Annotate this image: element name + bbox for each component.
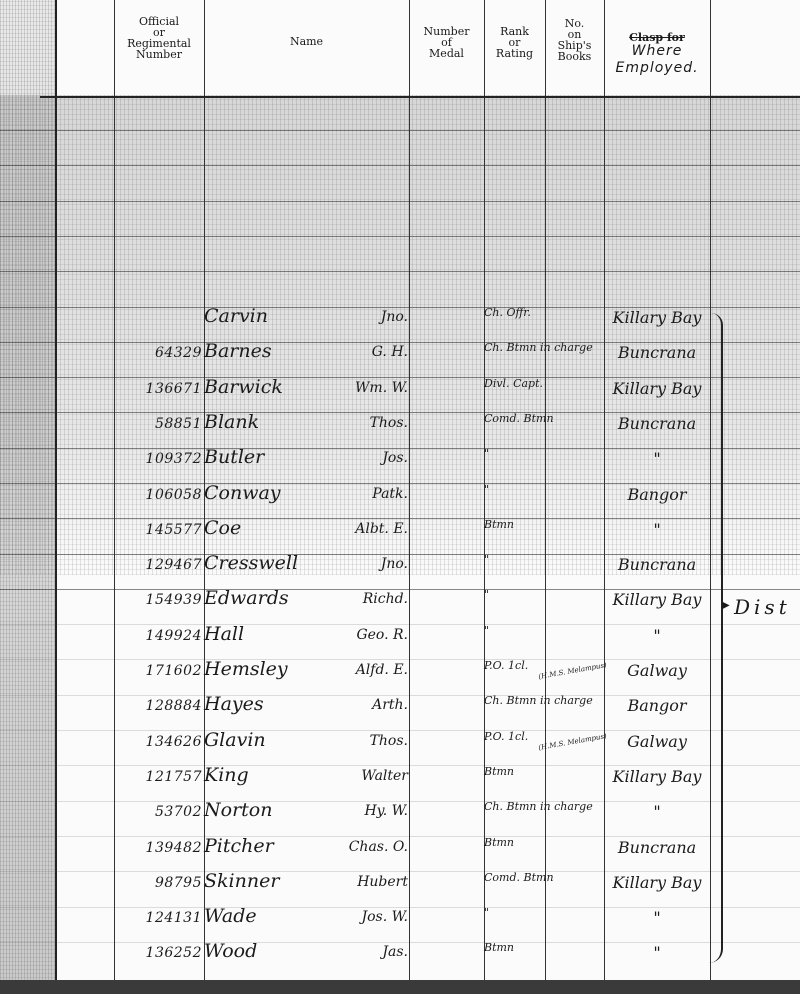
cell-rank: Ch. Offr. bbox=[484, 307, 546, 319]
header-line: Rating bbox=[484, 48, 545, 59]
table-row: 139482PitcherChas. O.BtmnBuncrana bbox=[0, 830, 800, 866]
ruled-line bbox=[0, 165, 800, 166]
cell-surname: Conway bbox=[204, 482, 281, 504]
cell-number: 121757 bbox=[104, 769, 202, 785]
cell-where: Killary Bay bbox=[602, 308, 712, 327]
cell-where: Buncrana bbox=[602, 555, 712, 574]
cell-where: Galway bbox=[602, 661, 712, 680]
cell-where: " bbox=[602, 802, 712, 821]
header-rule bbox=[40, 96, 800, 98]
cell-where: Killary Bay bbox=[602, 590, 712, 609]
table-row: 134626GlavinThos.P.O. 1cl.Galway(H.M.S. … bbox=[0, 724, 800, 760]
header-where: Clasp forWhereEmployed. bbox=[604, 32, 710, 77]
cell-surname: Hall bbox=[204, 623, 244, 645]
cell-rank: " bbox=[484, 625, 546, 637]
cell-number: 129467 bbox=[104, 557, 202, 573]
cell-given: Albt. E. bbox=[318, 521, 408, 537]
cell-rank: P.O. 1cl. bbox=[484, 731, 546, 743]
cell-where: Killary Bay bbox=[602, 767, 712, 786]
cell-given: Jno. bbox=[318, 309, 408, 325]
cell-surname: King bbox=[204, 764, 249, 786]
table-row: 58851BlankThos.Comd. BtmnBuncrana bbox=[0, 406, 800, 442]
table-row: 154939EdwardsRichd."Killary Bay bbox=[0, 582, 800, 618]
cell-surname: Barwick bbox=[204, 376, 283, 398]
cell-rank: Btmn bbox=[484, 837, 546, 849]
cell-surname: Blank bbox=[204, 411, 259, 433]
table-row: 128884HayesArth.Ch. Btmn in chargeBangor bbox=[0, 688, 800, 724]
ruled-line bbox=[0, 236, 800, 237]
cell-given: Alfd. E. bbox=[318, 662, 408, 678]
cell-number: 171602 bbox=[104, 663, 202, 679]
cell-rank: Comd. Btmn bbox=[484, 413, 546, 425]
table-row: 109372ButlerJos."" bbox=[0, 441, 800, 477]
cell-where: Buncrana bbox=[602, 343, 712, 362]
table-row: 64329BarnesG. H.Ch. Btmn in chargeBuncra… bbox=[0, 335, 800, 371]
cell-surname: Wade bbox=[204, 905, 257, 927]
cell-where: Bangor bbox=[602, 485, 712, 504]
table-row: 136252WoodJas.Btmn" bbox=[0, 935, 800, 971]
cell-number: 106058 bbox=[104, 487, 202, 503]
header-ship: No.onShip'sBooks bbox=[545, 18, 604, 62]
cell-rank: P.O. 1cl. bbox=[484, 660, 546, 672]
cell-note: (H.M.S. Melampus) bbox=[538, 732, 607, 752]
header-number: OfficialorRegimentalNumber bbox=[114, 16, 204, 60]
cell-where: " bbox=[602, 908, 712, 927]
cell-given: Richd. bbox=[318, 591, 408, 607]
cell-given: Wm. W. bbox=[318, 380, 408, 396]
cell-number: 149924 bbox=[104, 628, 202, 644]
scan-edge bbox=[0, 980, 800, 994]
cell-rank: Ch. Btmn in charge bbox=[484, 695, 546, 707]
cell-rank: " bbox=[484, 484, 546, 496]
cell-given: Thos. bbox=[318, 733, 408, 749]
cell-rank: Btmn bbox=[484, 766, 546, 778]
cell-surname: Norton bbox=[204, 799, 272, 821]
cell-given: Jos. bbox=[318, 450, 408, 466]
cell-number: 98795 bbox=[104, 875, 202, 891]
cell-where: " bbox=[602, 626, 712, 645]
cell-surname: Barnes bbox=[204, 340, 272, 362]
cell-number: 124131 bbox=[104, 910, 202, 926]
cell-given: G. H. bbox=[318, 344, 408, 360]
cell-surname: Coe bbox=[204, 517, 241, 539]
cell-number: 109372 bbox=[104, 451, 202, 467]
cell-surname: Skinner bbox=[204, 870, 279, 892]
table-row: 145577CoeAlbt. E.Btmn" bbox=[0, 512, 800, 548]
cell-given: Hubert bbox=[318, 874, 408, 890]
cell-number: 136671 bbox=[104, 381, 202, 397]
cell-surname: Hemsley bbox=[204, 658, 288, 680]
cell-given: Chas. O. bbox=[318, 839, 408, 855]
ruled-line bbox=[0, 201, 800, 202]
table-row: 121757KingWalterBtmnKillary Bay bbox=[0, 759, 800, 795]
header-rank: RankorRating bbox=[484, 26, 545, 59]
cell-rank: Btmn bbox=[484, 519, 546, 531]
header-line: Number bbox=[114, 49, 204, 60]
cell-given: Patk. bbox=[318, 486, 408, 502]
cell-number: 64329 bbox=[104, 345, 202, 361]
header-medal: NumberofMedal bbox=[409, 26, 484, 59]
cell-rank: Btmn bbox=[484, 942, 546, 954]
cell-where: Buncrana bbox=[602, 414, 712, 433]
cell-surname: Carvin bbox=[204, 305, 268, 327]
cell-number: 53702 bbox=[104, 804, 202, 820]
cell-given: Arth. bbox=[318, 697, 408, 713]
ruled-line bbox=[0, 271, 800, 272]
cell-where: Buncrana bbox=[602, 838, 712, 857]
arrow-icon: ▶ bbox=[722, 600, 730, 611]
cell-where: Galway bbox=[602, 732, 712, 751]
header-line: Name bbox=[204, 36, 409, 47]
table-row: 136671BarwickWm. W.Divl. Capt.Killary Ba… bbox=[0, 371, 800, 407]
cell-surname: Cresswell bbox=[204, 552, 298, 574]
cell-given: Walter bbox=[318, 768, 408, 784]
header-line: Where bbox=[604, 43, 710, 60]
cell-number: 134626 bbox=[104, 734, 202, 750]
cell-surname: Wood bbox=[204, 940, 257, 962]
cell-number: 154939 bbox=[104, 592, 202, 608]
cell-rank: Comd. Btmn bbox=[484, 872, 546, 884]
cell-note: (H.M.S. Melampus) bbox=[538, 661, 607, 681]
header-name: Name bbox=[204, 36, 409, 47]
cell-rank: Divl. Capt. bbox=[484, 378, 546, 390]
cell-given: Jno. bbox=[318, 556, 408, 572]
cell-given: Geo. R. bbox=[318, 627, 408, 643]
cell-where: " bbox=[602, 449, 712, 468]
cell-number: 136252 bbox=[104, 945, 202, 961]
cell-rank: Ch. Btmn in charge bbox=[484, 801, 546, 813]
cell-where: " bbox=[602, 520, 712, 539]
cell-rank: Ch. Btmn in charge bbox=[484, 342, 546, 354]
cell-where: Killary Bay bbox=[602, 873, 712, 892]
cell-number: 128884 bbox=[104, 698, 202, 714]
cell-given: Jos. W. bbox=[318, 909, 408, 925]
cell-given: Jas. bbox=[318, 944, 408, 960]
cell-where: Bangor bbox=[602, 696, 712, 715]
cell-surname: Edwards bbox=[204, 587, 289, 609]
cell-number: 139482 bbox=[104, 840, 202, 856]
cell-given: Thos. bbox=[318, 415, 408, 431]
cell-surname: Hayes bbox=[204, 693, 264, 715]
cell-where: " bbox=[602, 943, 712, 962]
table-row: 53702NortonHy. W.Ch. Btmn in charge" bbox=[0, 794, 800, 830]
side-annotation: Dist bbox=[734, 595, 791, 619]
header-line: Medal bbox=[409, 48, 484, 59]
table-row: 129467CresswellJno."Buncrana bbox=[0, 547, 800, 583]
cell-surname: Glavin bbox=[204, 729, 266, 751]
header-line: Employed. bbox=[604, 60, 710, 77]
grouping-brace bbox=[705, 313, 723, 963]
cell-number: 145577 bbox=[104, 522, 202, 538]
cell-surname: Pitcher bbox=[204, 835, 274, 857]
table-row: 149924HallGeo. R."" bbox=[0, 618, 800, 654]
cell-number: 58851 bbox=[104, 416, 202, 432]
cell-rank: " bbox=[484, 589, 546, 601]
header-line: Books bbox=[545, 51, 604, 62]
ruled-line bbox=[0, 130, 800, 131]
cell-rank: " bbox=[484, 907, 546, 919]
cell-rank: " bbox=[484, 554, 546, 566]
header-struck-text: Clasp for bbox=[604, 32, 710, 43]
cell-given: Hy. W. bbox=[318, 803, 408, 819]
table-row: CarvinJno.Ch. Offr.Killary Bay bbox=[0, 300, 800, 336]
cell-rank: " bbox=[484, 448, 546, 460]
table-row: 171602HemsleyAlfd. E.P.O. 1cl.Galway(H.M… bbox=[0, 653, 800, 689]
cell-surname: Butler bbox=[204, 446, 264, 468]
table-row: 124131WadeJos. W."" bbox=[0, 900, 800, 936]
table-row: 98795SkinnerHubertComd. BtmnKillary Bay bbox=[0, 865, 800, 901]
cell-where: Killary Bay bbox=[602, 379, 712, 398]
table-row: 106058ConwayPatk."Bangor bbox=[0, 477, 800, 513]
